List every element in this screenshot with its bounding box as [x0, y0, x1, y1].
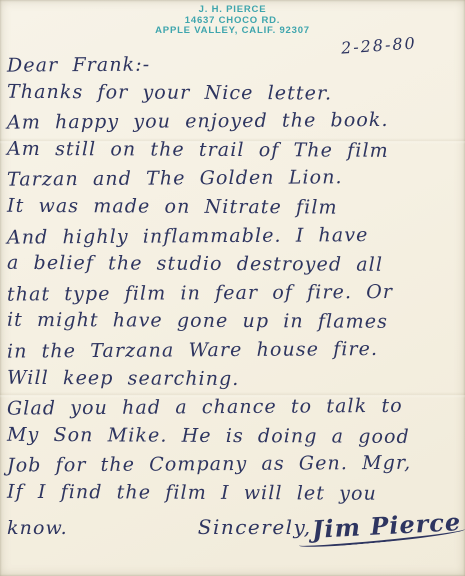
- letter-line: Glad you had a chance to talk to: [7, 395, 461, 427]
- letter-line: It was made on Nitrate film: [7, 195, 461, 226]
- letter-line: And highly inflammable. I have: [7, 223, 461, 255]
- letter-line: Am still on the trail of The film: [7, 138, 461, 169]
- signature-row: know. Sincerely, Jim Pierce: [7, 511, 461, 545]
- letterhead: J. H. PIERCE 14637 CHOCO RD. APPLE VALLE…: [0, 5, 465, 37]
- letter-line: My Son Mike. He is doing a good: [7, 424, 461, 455]
- letter-line: If I find the film I will let you: [7, 481, 461, 512]
- letter-line: in the Tarzana Ware house fire.: [7, 337, 461, 369]
- letter-paper: J. H. PIERCE 14637 CHOCO RD. APPLE VALLE…: [0, 0, 465, 576]
- letter-body: Dear Frank:- Thanks for your Nice letter…: [7, 53, 461, 545]
- salutation-line: Dear Frank:-: [7, 51, 461, 83]
- letter-line: a belief the studio destroyed all: [7, 252, 461, 283]
- letter-line: know.: [7, 517, 68, 539]
- letter-line: it might have gone up in flames: [7, 309, 461, 340]
- letter-line: Thanks for your Nice letter.: [7, 80, 461, 111]
- signature: Jim Pierce: [311, 507, 462, 544]
- letter-line: Job for the Company as Gen. Mgr,: [7, 452, 461, 484]
- letterhead-name: J. H. PIERCE: [0, 5, 465, 16]
- letter-line: Am happy you enjoyed the book.: [7, 109, 461, 141]
- closing-text: Sincerely,: [198, 515, 312, 539]
- letter-line: Will keep searching.: [7, 366, 461, 397]
- letter-line: that type film in fear of fire. Or: [7, 280, 461, 312]
- letter-line: Tarzan and The Golden Lion.: [7, 166, 461, 198]
